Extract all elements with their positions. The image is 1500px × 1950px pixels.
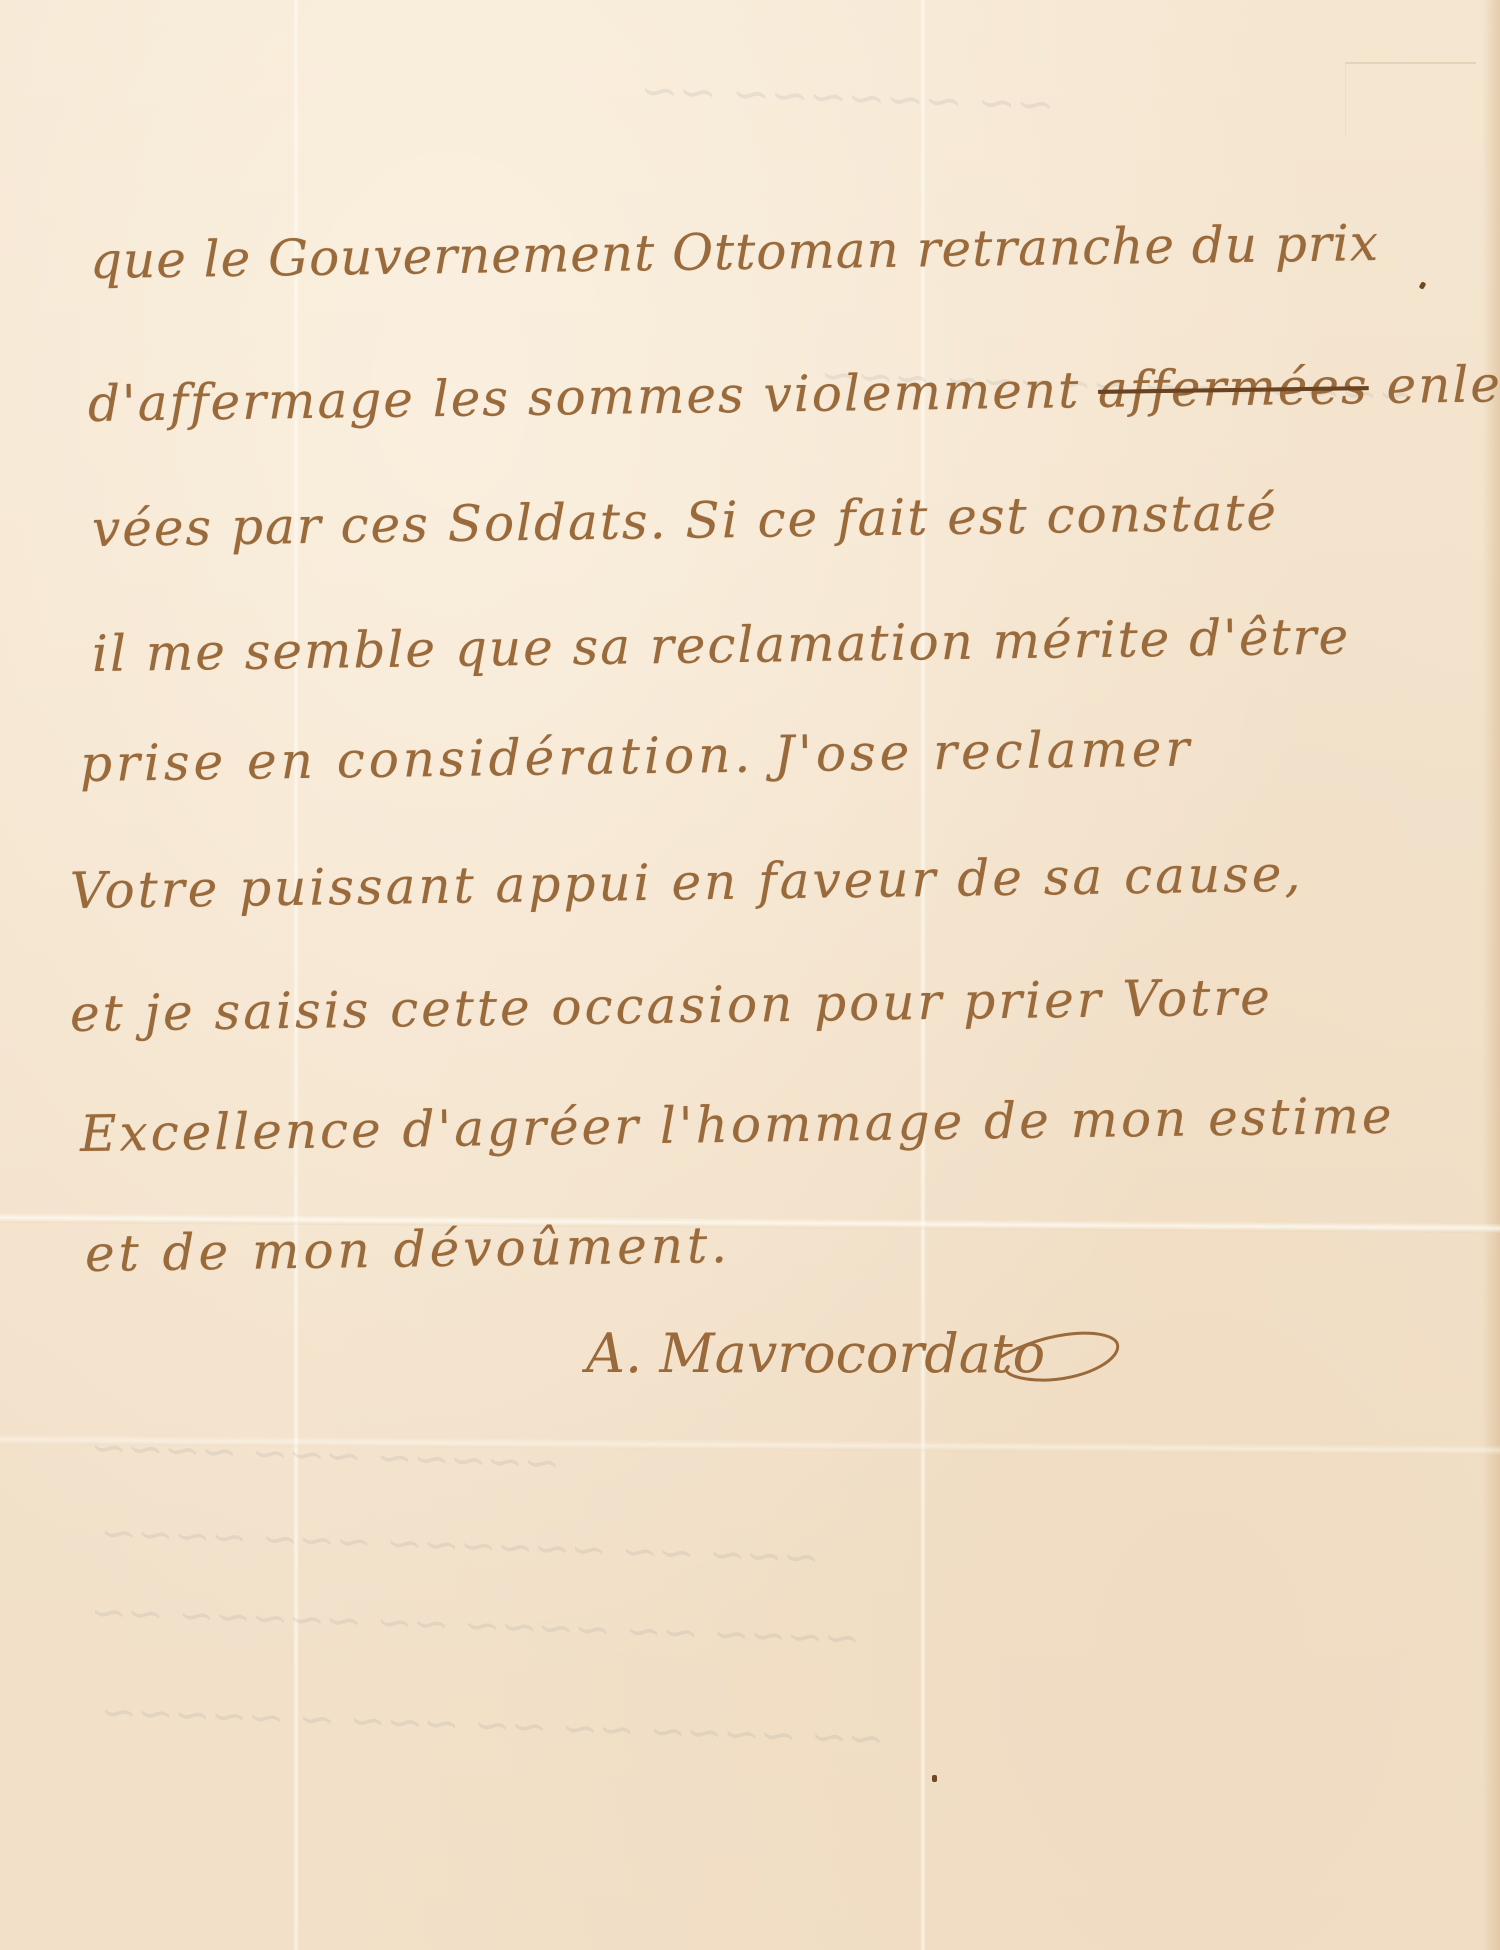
line-text: et de mon dévoûment. [85,1216,732,1283]
ink-speck [932,1775,937,1782]
letter-line-4: il me semble que sa reclamation mérite d… [92,607,1351,683]
letter-line-2: d'affermage les sommes violemment afferm… [88,355,1500,433]
signature: A. Mavrocordato [578,1318,1069,1395]
signature-flourish-icon [989,1318,1129,1388]
line-text: il me semble que sa reclamation mérite d… [92,607,1351,683]
letter-line-9: et de mon dévoûment. [85,1216,732,1283]
line-text: vées par ces Soldats. Si ce fait est con… [92,483,1279,558]
line-text: et je saisis cette occasion pour prier V… [70,968,1274,1043]
letter-line-5: prise en considération. J'ose reclamer [80,719,1194,793]
signature-text: A. Mavrocordato [586,1322,1045,1385]
letter-line-8: Excellence d'agréer l'hommage de mon est… [80,1087,1395,1163]
line-text: que le Gouvernement Ottoman retranche du… [90,214,1380,290]
line-text: d'affermage les sommes violemment [88,361,1099,433]
struck-word: affermées [1098,357,1369,419]
letter-line-1: que le Gouvernement Ottoman retranche du… [90,214,1380,290]
line-text: enle- [1368,355,1500,415]
letter-page: ~~ ~~~~~~ ~~ ~~~~~ ~~ ~~~~~ ~~~ ~~~~~ ~~… [0,0,1500,1950]
letter-line-3: vées par ces Soldats. Si ce fait est con… [92,483,1279,558]
line-text: Excellence d'agréer l'hommage de mon est… [80,1087,1395,1163]
letter-body: que le Gouvernement Ottoman retranche du… [0,0,1500,1950]
letter-line-7: et je saisis cette occasion pour prier V… [70,968,1274,1043]
letter-line-6: Votre puissant appui en faveur de sa cau… [70,845,1304,920]
line-text: Votre puissant appui en faveur de sa cau… [70,845,1304,920]
line-text: prise en considération. J'ose reclamer [80,719,1194,793]
